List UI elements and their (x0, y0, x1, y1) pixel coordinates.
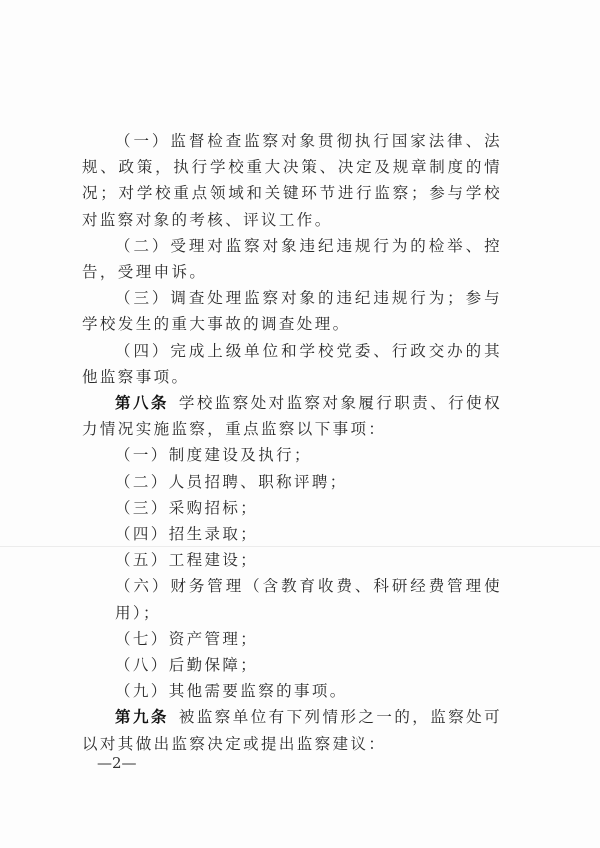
article-8: 第八条学校监察处对监察对象履行职责、行使权力情况实施监察，重点监察以下事项： (82, 390, 502, 442)
list-item: （九）其他需要监察的事项。 (82, 678, 502, 704)
document-page: （一）监督检查监察对象贯彻执行国家法律、法规、政策，执行学校重大决策、决定及规章… (0, 0, 600, 848)
list-item: （八）后勤保障； (82, 652, 502, 678)
article-9: 第九条被监察单位有下列情形之一的，监察处可以对其做出监察决定或提出监察建议： (82, 704, 502, 756)
list-item: （四）招生录取； (82, 521, 502, 547)
list-item: （三）采购招标； (82, 495, 502, 521)
page-number: —2— (97, 754, 137, 772)
article-8-heading: 第八条 (115, 393, 169, 412)
paragraph-duty-4: （四）完成上级单位和学校党委、行政交办的其他监察事项。 (82, 338, 502, 390)
list-item: （五）工程建设； (82, 547, 502, 573)
list-item: （一）制度建设及执行； (82, 442, 502, 468)
paragraph-duty-2: （二）受理对监察对象违纪违规行为的检举、控告，受理申诉。 (82, 233, 502, 285)
paragraph-duty-1: （一）监督检查监察对象贯彻执行国家法律、法规、政策，执行学校重大决策、决定及规章… (82, 128, 502, 233)
document-body: （一）监督检查监察对象贯彻执行国家法律、法规、政策，执行学校重大决策、决定及规章… (82, 128, 502, 757)
list-item: （七）资产管理； (82, 626, 502, 652)
list-item: （二）人员招聘、职称评聘； (82, 469, 502, 495)
article-9-heading: 第九条 (115, 707, 169, 726)
paragraph-duty-3: （三）调查处理监察对象的违纪违规行为；参与学校发生的重大事故的调查处理。 (82, 285, 502, 337)
list-item: （六）财务管理（含教育收费、科研经费管理使用）； (82, 573, 502, 625)
